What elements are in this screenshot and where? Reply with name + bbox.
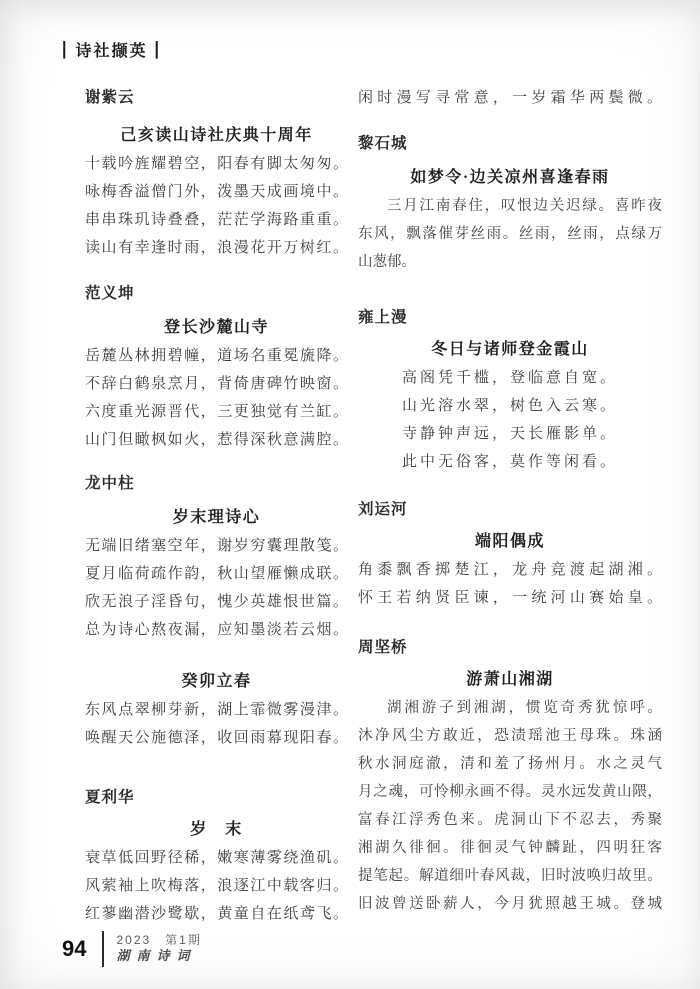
poem-line: 此中无俗客，莫作等闲看。 — [358, 448, 662, 476]
prose-line: 秋水洞庭澈，清和羞了扬州月。水之灵气 — [358, 750, 662, 778]
section-header: | 诗社撷英 | — [62, 38, 161, 61]
header-bar-right: | — [155, 39, 161, 60]
author-name: 范义坤 — [85, 280, 348, 308]
journal-logo: 湖南诗词 — [116, 948, 201, 966]
poem-title: 岁末理诗心 — [85, 504, 348, 532]
poem-title: 己亥读山诗社庆典十周年 — [85, 122, 348, 150]
poem-title: 如梦令·边关凉州喜逢春雨 — [358, 164, 662, 192]
prose-line: 山葱郁。 — [358, 248, 662, 276]
poem-line: 总为诗心熬夜漏，应知墨淡若云烟。 — [85, 616, 348, 644]
prose-line: 月之魂，可怜柳永画不得。灵水远发黄山隈， — [358, 778, 662, 806]
poem-line: 红蓼幽潜沙鹭歇，黄童自在纸鸢飞。 — [85, 900, 348, 928]
poem-line: 十载吟旌耀碧空，阳春有脚太匆匆。 — [85, 150, 348, 178]
header-bar-left: | — [62, 39, 68, 60]
prose-line: 湘湖久徘徊。徘徊灵气钟麟趾，四明狂客 — [358, 834, 662, 862]
poem-line: 山光溶水翠，树色入云寒。 — [358, 392, 662, 420]
poem-line: 串串珠玑诗叠叠，茫茫学海路重重。 — [85, 206, 348, 234]
author-name: 刘运河 — [358, 496, 662, 524]
poem-line: 怀王若纳贤臣谏，一统河山赛始皇。 — [358, 584, 662, 612]
poem-line: 唤醒天公施德泽，收回雨幕现阳春。 — [85, 724, 348, 752]
prose-line: 提笔起。解道细叶春风裁，旧时波唤归故里。 — [358, 862, 662, 890]
page-number: 94 — [62, 936, 86, 962]
poem-line: 读山有幸逢时雨，浪漫花开万树红。 — [85, 234, 348, 262]
poem-title: 游萧山湘湖 — [358, 666, 662, 694]
poem-line: 无端旧绪塞空年，谢岁穷囊理散笺。 — [85, 532, 348, 560]
poem-title: 登长沙麓山寺 — [85, 314, 348, 342]
poem-line: 欣无浪子淫昏句，愧少英雄恨世篇。 — [85, 588, 348, 616]
issue-label: 2023 第1期 — [116, 932, 201, 948]
section-header-title: 诗社撷英 — [75, 38, 147, 61]
content-columns: 谢紫云 己亥读山诗社庆典十周年 十载吟旌耀碧空，阳春有脚太匆匆。 咏梅香溢僧门外… — [85, 84, 662, 928]
author-name: 黎石城 — [358, 130, 662, 158]
author-name: 谢紫云 — [85, 84, 348, 112]
left-column: 谢紫云 己亥读山诗社庆典十周年 十载吟旌耀碧空，阳春有脚太匆匆。 咏梅香溢僧门外… — [85, 84, 348, 928]
poem-line: 东风点翠柳芽新，湖上霏微雾漫津。 — [85, 696, 348, 724]
prose-line: 沐净风尘方敢近，恐渍瑶池王母珠。珠涵 — [358, 722, 662, 750]
poem-title: 岁 末 — [85, 816, 348, 844]
footer-divider — [102, 931, 104, 967]
poem-title: 癸卯立春 — [85, 668, 348, 696]
poem-line: 角黍飘香掷楚江，龙舟竞渡起湖湘。 — [358, 556, 662, 584]
poem-line: 岳麓丛林拥碧幢，道场名重冕旒降。 — [85, 342, 348, 370]
scanned-page: | 诗社撷英 | 谢紫云 己亥读山诗社庆典十周年 十载吟旌耀碧空，阳春有脚太匆匆… — [0, 0, 700, 989]
author-name: 周坚桥 — [358, 634, 662, 662]
poem-line: 风萦袖上吹梅落，浪逐江中载客归。 — [85, 872, 348, 900]
prose-line: 湖湘游子到湘湖，惯览奇秀犹惊呼。 — [358, 694, 662, 722]
poem-line: 衰草低回野径稀，嫩寒薄雾绕渔矶。 — [85, 844, 348, 872]
poem-line: 山门但瞰枫如火，惹得深秋意满腔。 — [85, 426, 348, 454]
author-name: 雍上漫 — [358, 304, 662, 332]
author-name: 夏利华 — [85, 784, 348, 812]
poem-line: 不辞白鹤泉烹月，背倚唐碑竹映窗。 — [85, 370, 348, 398]
page-footer: 94 2023 第1期 湖南诗词 — [62, 931, 202, 967]
poem-line: 咏梅香溢僧门外，泼墨天成画境中。 — [85, 178, 348, 206]
poem-title: 冬日与诸师登金霞山 — [358, 336, 662, 364]
prose-line: 三月江南春住，叹恨边关迟绿。喜昨夜 — [358, 192, 662, 220]
poem-line: 六度重光源晋代，三更独觉有兰缸。 — [85, 398, 348, 426]
footer-issue-block: 2023 第1期 湖南诗词 — [116, 932, 201, 966]
poem-line: 寺静钟声远，天长雁影单。 — [358, 420, 662, 448]
author-name: 龙中柱 — [85, 470, 348, 498]
poem-line: 高阁凭千槛，登临意自宽。 — [358, 364, 662, 392]
poem-title: 端阳偶成 — [358, 528, 662, 556]
right-column: 闲时漫写寻常意，一岁霜华两鬓微。 黎石城 如梦令·边关凉州喜逢春雨 三月江南春住… — [358, 84, 662, 928]
prose-line: 富春江浮秀色来。虎洞山下不忍去，秀聚 — [358, 806, 662, 834]
prose-line: 东风，飘落催芽丝雨。丝雨，丝雨，点绿万 — [358, 220, 662, 248]
poem-line: 夏月临荷疏作韵，秋山望雁懒成联。 — [85, 560, 348, 588]
poem-continuation-line: 闲时漫写寻常意，一岁霜华两鬓微。 — [358, 84, 662, 112]
prose-line: 旧波曾送卧薪人，今月犹照越王城。登城 — [358, 890, 662, 918]
